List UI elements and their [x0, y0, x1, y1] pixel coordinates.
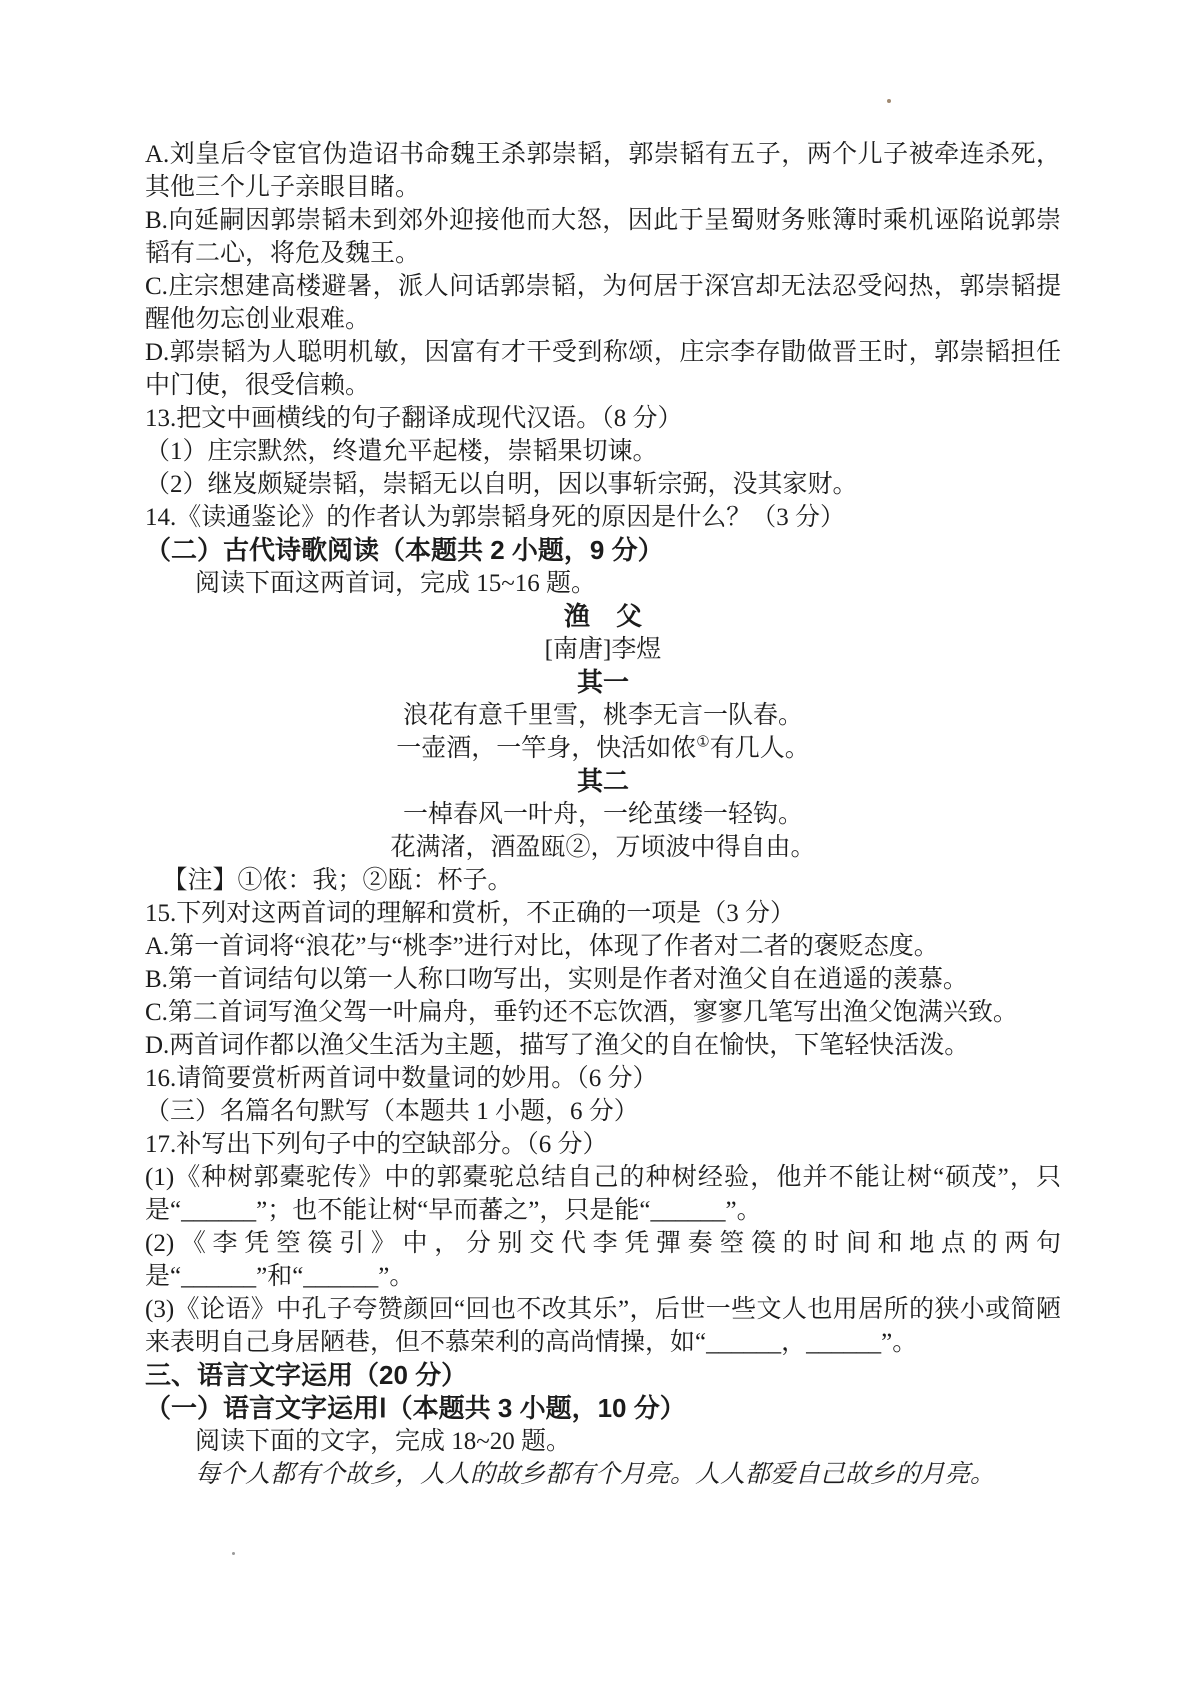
- q13-sub2: （2）继岌颇疑崇韬，崇韬无以自明，因以事斩宗弼，没其家财。: [145, 468, 1061, 501]
- poem1-line2-text: 一壶酒，一竿身，快活如侬: [396, 735, 696, 762]
- part3-sub-heading: （一）语言文字运用Ⅰ（本题共 3 小题，10 分）: [145, 1392, 1061, 1425]
- exam-page-body: A.刘皇后令宦官伪造诏书命魏王杀郭崇韬，郭崇韬有五子，两个儿子被牵连杀死，其他三…: [145, 138, 1061, 1491]
- part3-intro: 阅读下面的文字，完成 18~20 题。: [145, 1425, 1061, 1458]
- q17-stem: 17.补写出下列句子中的空缺部分。（6 分）: [145, 1128, 1061, 1161]
- q12-option-c: C.庄宗想建高楼避暑，派人问话郭崇韬，为何居于深宫却无法忍受闷热，郭崇韬提醒他勿…: [145, 270, 1061, 336]
- q15-stem: 15.下列对这两首词的理解和赏析，不正确的一项是（3 分）: [145, 897, 1061, 930]
- q14-stem: 14.《读通鉴论》的作者认为郭崇韬身死的原因是什么？（3 分）: [145, 501, 1061, 534]
- poem-title: 渔 父: [145, 600, 1061, 633]
- poem1-line2: 一壶酒，一竿身，快活如侬①有几人。: [145, 732, 1061, 765]
- section2-heading: （二）古代诗歌阅读（本题共 2 小题，9 分）: [145, 534, 1061, 567]
- poem2-line1: 一棹春风一叶舟，一纶茧缕一轻钩。: [145, 798, 1061, 831]
- part3-heading: 三、语言文字运用（20 分）: [145, 1359, 1061, 1392]
- q12-option-d: D.郭崇韬为人聪明机敏，因富有才干受到称颂，庄宗李存勖做晋王时，郭崇韬担任中门使…: [145, 336, 1061, 402]
- poem1-line2-tail: 有几人。: [710, 735, 810, 762]
- q12-option-a: A.刘皇后令宦官伪造诏书命魏王杀郭崇韬，郭崇韬有五子，两个儿子被牵连杀死，其他三…: [145, 138, 1061, 204]
- scan-speck-top: [887, 99, 891, 103]
- q17-item-2: (2)《李凭箜篌引》中，分别交代李凭彈奏箜篌的时间和地点的两句是“______”…: [145, 1227, 1061, 1293]
- section2-intro: 阅读下面这两首词，完成 15~16 题。: [145, 567, 1061, 600]
- poem-part2-label: 其二: [145, 765, 1061, 798]
- q15-option-a: A.第一首词将“浪花”与“桃李”进行对比，体现了作者对二者的褒贬态度。: [145, 930, 1061, 963]
- q13-sub1: （1）庄宗默然，终遣允平起楼，崇韬果切谏。: [145, 435, 1061, 468]
- q16-stem: 16.请简要赏析两首词中数量词的妙用。（6 分）: [145, 1062, 1061, 1095]
- q12-option-b: B.向延嗣因郭崇韬未到郊外迎接他而大怒，因此于呈蜀财务账簿时乘机诬陷说郭崇韬有二…: [145, 204, 1061, 270]
- section3-heading: （三）名篇名句默写（本题共 1 小题，6 分）: [145, 1095, 1061, 1128]
- poem-author: [南唐]李煜: [145, 633, 1061, 666]
- q15-option-d: D.两首词作都以渔父生活为主题，描写了渔父的自在愉快，下笔轻快活泼。: [145, 1029, 1061, 1062]
- q13-stem: 13.把文中画横线的句子翻译成现代汉语。（8 分）: [145, 402, 1061, 435]
- q15-option-b: B.第一首词结句以第一人称口吻写出，实则是作者对渔父自在逍遥的羡慕。: [145, 963, 1061, 996]
- q17-item-1: (1)《种树郭橐驼传》中的郭橐驼总结自己的种树经验，他并不能让树“硕茂”，只是“…: [145, 1161, 1061, 1227]
- q15-option-c: C.第二首词写渔父驾一叶扁舟，垂钓还不忘饮酒，寥寥几笔写出渔父饱满兴致。: [145, 996, 1061, 1029]
- q17-item-3: (3)《论语》中孔子夸赞颜回“回也不改其乐”，后世一些文人也用居所的狭小或简陋来…: [145, 1293, 1061, 1359]
- scan-speck-bottom: [232, 1552, 235, 1555]
- poem-footnotes: 【注】①侬：我；②瓯：杯子。: [145, 864, 1061, 897]
- part3-passage-line: 每个人都有个故乡，人人的故乡都有个月亮。人人都爱自己故乡的月亮。: [145, 1458, 1061, 1491]
- poem1-line1: 浪花有意千里雪，桃李无言一队春。: [145, 699, 1061, 732]
- poem-part1-label: 其一: [145, 666, 1061, 699]
- footnote-marker-1: ①: [696, 735, 709, 751]
- poem2-line2: 花满渚，酒盈瓯②，万顷波中得自由。: [145, 831, 1061, 864]
